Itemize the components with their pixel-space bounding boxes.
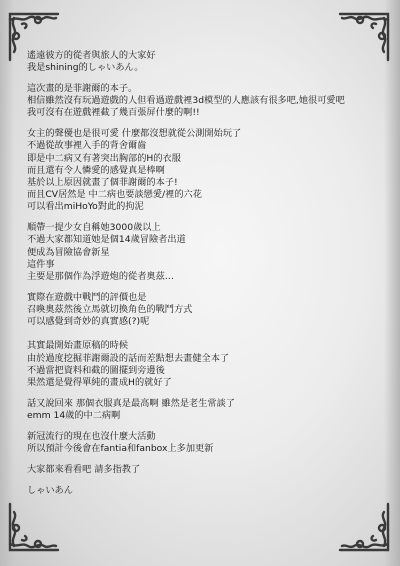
text-line: 召喚奧茲然後立馬就切換角色的戰鬥方式	[27, 304, 367, 316]
page-edge-right	[384, 0, 400, 566]
text-line: 其實最開始畫原稿的時候	[27, 340, 367, 352]
corner-ornament-bottom-right-icon	[334, 498, 394, 558]
text-line: 這次畫的是菲謝爾的本子。	[27, 83, 367, 95]
greeting-paragraph: 遙遠彼方的從者與旅人的大家好 我是shining的しゃいあん。	[27, 50, 367, 74]
text-line: 而且還有令人憐愛的感覺真是棒啊	[27, 165, 367, 177]
text-line: 這件事	[27, 259, 367, 271]
closing-paragraph: 大家都來看看吧 請多指教了	[27, 464, 367, 476]
text-line: 我可沒有在遊戲裡截了幾百張屏什麼的啊!!	[27, 107, 367, 119]
signature: しゃいあん	[27, 485, 367, 497]
combat-paragraph: 實際在遊戲中戰鬥的評價也是 召喚奧茲然後立馬就切換角色的戰鬥方式 可以感覺到奇妙…	[27, 292, 367, 329]
character-paragraph: 女主的聲優也是很可愛 什麼都沒想就從公測開始玩了 不過從故事裡入手的背舍爾齒 即…	[27, 128, 367, 213]
intro-paragraph: 這次畫的是菲謝爾的本子。 相信雖然沒有玩過遊戲的人但看過遊戲裡3d模型的人應該有…	[27, 83, 367, 120]
text-line: emm 14歲的中二病啊	[27, 410, 367, 422]
text-line: 話又說回來 那個衣服真是最高啊 雖然是老生常談了	[27, 398, 367, 410]
text-line: 我是shining的しゃいあん。	[27, 62, 367, 74]
text-line: 可以感覺到奇妙的真實感(?)呢	[27, 316, 367, 328]
text-line: 順帶一提少女自稱她3000歲以上	[27, 222, 367, 234]
age-paragraph: 順帶一提少女自稱她3000歲以上 不過大家都知道她是個14歲冒險者出道 便成為冒…	[27, 222, 367, 283]
afterword-text: 遙遠彼方的從者與旅人的大家好 我是shining的しゃいあん。 這次畫的是菲謝爾…	[27, 50, 367, 505]
text-line: 不過從故事裡入手的背舍爾齒	[27, 140, 367, 152]
text-line: 相信雖然沒有玩過遊戲的人但看過遊戲裡3d模型的人應該有很多吧,她很可愛吧	[27, 95, 367, 107]
outfit-paragraph: 話又說回來 那個衣服真是最高啊 雖然是老生常談了 emm 14歲的中二病啊	[27, 398, 367, 422]
text-line: 所以預計今後會在fantia和fanbox上多加更新	[27, 443, 367, 455]
corner-ornament-bottom-left-icon	[4, 498, 64, 558]
text-line: 基於以上原因就畫了個菲謝爾的本子!	[27, 177, 367, 189]
text-line: 女主的聲優也是很可愛 什麼都沒想就從公測開始玩了	[27, 128, 367, 140]
text-line: 主要是那個作為浮遊炮的從者奧茲…	[27, 271, 367, 283]
text-line: 由於過度挖掘菲謝爾設的話而差點想去畫健全本了	[27, 353, 367, 365]
text-line: 果然還是覺得單純的畫成H的就好了	[27, 377, 367, 389]
text-line: 新冠流行的現在也沒什麼大活動	[27, 431, 367, 443]
text-line: 可以看出miHoYo對此的拘泥	[27, 201, 367, 213]
author-signature: しゃいあん	[27, 485, 367, 497]
text-line: 而且CV居然是 中二病也要談戀愛/裡的六花	[27, 189, 367, 201]
text-line: 大家都來看看吧 請多指教了	[27, 464, 367, 476]
drafting-paragraph: 其實最開始畫原稿的時候 由於過度挖掘菲謝爾設的話而差點想去畫健全本了 不過當把資…	[27, 340, 367, 389]
text-line: 便成為冒險協會新星	[27, 247, 367, 259]
text-line: 實際在遊戲中戰鬥的評價也是	[27, 292, 367, 304]
text-line: 不過當把資料和截的圖擺到旁邊後	[27, 365, 367, 377]
updates-paragraph: 新冠流行的現在也沒什麼大活動 所以預計今後會在fantia和fanbox上多加更…	[27, 431, 367, 455]
page-edge-left	[0, 0, 14, 566]
text-line: 不過大家都知道她是個14歲冒險者出道	[27, 234, 367, 246]
text-line: 遙遠彼方的從者與旅人的大家好	[27, 50, 367, 62]
text-line: 即是中二病又有著突出胸部的H的衣服	[27, 153, 367, 165]
